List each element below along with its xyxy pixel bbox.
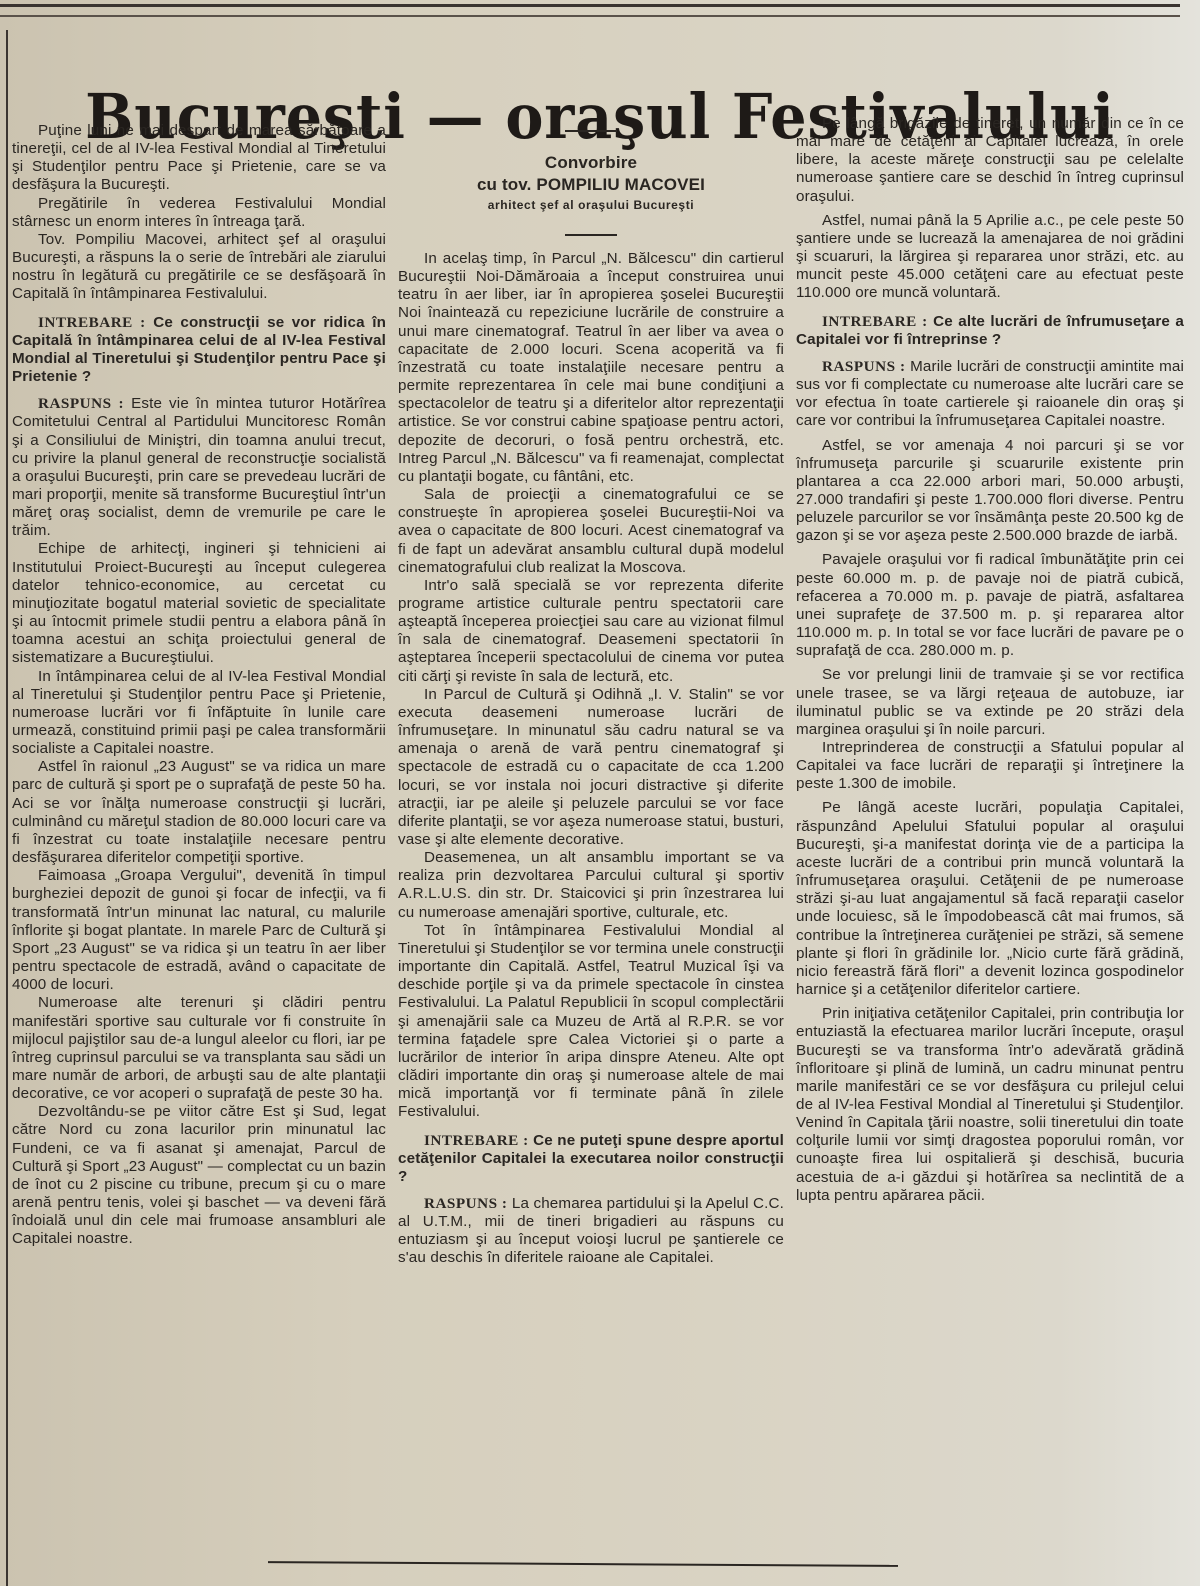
answer-label: RASPUNS : — [822, 358, 906, 375]
body-paragraph: Astfel, numai până la 5 Aprilie a.c., pe… — [796, 212, 1184, 303]
column-1: Puţine luni ne mai despart de marea sărb… — [12, 122, 386, 1249]
body-paragraph: Pe lângă aceste lucrări, populaţia Capit… — [796, 799, 1184, 999]
question-label: INTREBARE : — [424, 1132, 529, 1149]
body-paragraph: Faimoasa „Groapa Vergului", devenită în … — [12, 867, 386, 994]
answer-3: RASPUNS : Marile lucrări de construcţii … — [796, 358, 1184, 431]
column-2: Convorbire cu tov. POMPILIU MACOVEI arhi… — [398, 122, 784, 1268]
bottom-rule — [268, 1561, 898, 1567]
body-paragraph: Astfel, se vor amenaja 4 noi parcuri şi … — [796, 437, 1184, 546]
body-paragraph: In acelaş timp, în Parcul „N. Bălcescu" … — [398, 250, 784, 486]
byline-rule-top — [565, 130, 617, 132]
newspaper-page: Bucureşti — oraşul Festivalului Puţine l… — [0, 0, 1200, 1586]
body-paragraph: Prin iniţiativa cetăţenilor Capitalei, p… — [796, 1005, 1184, 1205]
body-paragraph: Pavajele oraşului vor fi radical îmbunăt… — [796, 551, 1184, 660]
body-paragraph: In Parcul de Cultură şi Odihnă „I. V. St… — [398, 686, 784, 849]
question-label: INTREBARE : — [38, 314, 146, 331]
question-2: INTREBARE : Ce ne puteţi spune despre ap… — [398, 1132, 784, 1186]
interview-byline: Convorbire cu tov. POMPILIU MACOVEI arhi… — [398, 130, 784, 236]
intro-paragraph: Puţine luni ne mai despart de marea sărb… — [12, 122, 386, 195]
top-rule — [0, 4, 1180, 17]
question-1: INTREBARE : Ce construcţii se vor ridica… — [12, 314, 386, 387]
intro-paragraph: Pregătirile în vederea Festivalului Mond… — [12, 195, 386, 231]
left-column-rule — [6, 30, 8, 1586]
answer-2: RASPUNS : La chemarea partidului şi la A… — [398, 1195, 784, 1268]
question-label: INTREBARE : — [822, 313, 928, 330]
body-paragraph: Intreprinderea de construcţii a Sfatului… — [796, 739, 1184, 793]
body-paragraph: In întâmpinarea celui de al IV-lea Festi… — [12, 668, 386, 759]
byline-role: arhitect şef al oraşului Bucureşti — [398, 196, 784, 214]
body-paragraph: Deasemenea, un alt ansamblu important se… — [398, 849, 784, 922]
intro-paragraph: Tov. Pompiliu Macovei, arhitect şef al o… — [12, 231, 386, 304]
body-paragraph: Echipe de arhitecţi, ingineri şi tehnici… — [12, 540, 386, 667]
body-paragraph: Intr'o sală specială se vor reprezenta d… — [398, 577, 784, 686]
body-paragraph: Numeroase alte terenuri şi clădiri pentr… — [12, 994, 386, 1103]
body-paragraph: Astfel în raionul „23 August" se va ridi… — [12, 758, 386, 867]
byline-rule-bottom — [565, 234, 617, 236]
byline-interviewee: cu tov. POMPILIU MACOVEI — [398, 174, 784, 196]
byline-title: Convorbire — [398, 152, 784, 174]
answer-label: RASPUNS : — [38, 395, 124, 412]
body-paragraph: Pe lângă brigăzile de tineret, un număr … — [796, 115, 1184, 206]
body-paragraph: Sala de proiecţii a cinematografului ce … — [398, 486, 784, 577]
body-paragraph: Dezvoltându-se pe viitor către Est şi Su… — [12, 1103, 386, 1248]
answer-label: RASPUNS : — [424, 1195, 507, 1212]
body-paragraph: Se vor prelungi linii de tramvaie şi se … — [796, 666, 1184, 739]
question-3: INTREBARE : Ce alte lucrări de înfrumuse… — [796, 313, 1184, 349]
answer-1: RASPUNS : Este vie în mintea tuturor Hot… — [12, 395, 386, 540]
body-paragraph: Tot în întâmpinarea Festivalului Mondial… — [398, 922, 784, 1122]
column-3: Pe lângă brigăzile de tineret, un număr … — [796, 115, 1184, 1205]
answer-text: Este vie în mintea tuturor Hotărîrea Com… — [12, 395, 386, 539]
